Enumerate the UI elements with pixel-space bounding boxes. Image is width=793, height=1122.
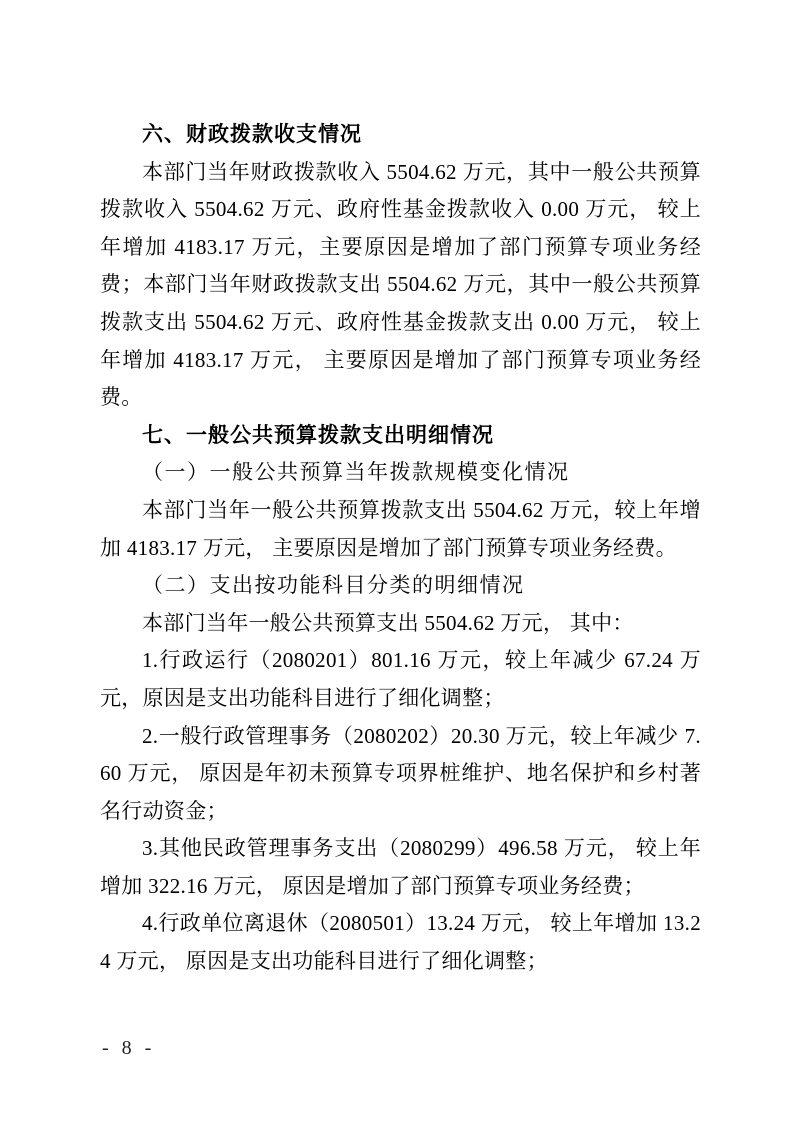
paragraph-fiscal-appropriation-income-expense: 本部门当年财政拨款收入 5504.62 万元，其中一般公共预算拨款收入 5504… [100, 154, 701, 417]
paragraph-expense-total-intro: 本部门当年一般公共预算支出 5504.62 万元， 其中： [100, 605, 701, 643]
document-body: 六、财政拨款收支情况 本部门当年财政拨款收入 5504.62 万元，其中一般公共… [100, 116, 701, 981]
subheading-expense-by-function-category: （二）支出按功能科目分类的明细情况 [100, 567, 701, 605]
list-item-retirement-expense: 4.行政单位离退休（2080501）13.24 万元， 较上年增加 13.24 … [100, 905, 701, 980]
list-item-general-administrative-affairs: 2.一般行政管理事务（2080202）20.30 万元，较上年减少 7.60 万… [100, 718, 701, 831]
page-number: - 8 - [102, 1036, 155, 1060]
list-item-administrative-operation: 1.行政运行（2080201）801.16 万元，较上年减少 67.24 万元，… [100, 642, 701, 717]
list-item-other-civil-affairs: 3.其他民政管理事务支出（2080299）496.58 万元， 较上年增加 32… [100, 830, 701, 905]
section-heading-general-public-budget-detail: 七、一般公共预算拨款支出明细情况 [100, 417, 701, 455]
section-heading-fiscal-appropriation-overview: 六、财政拨款收支情况 [100, 116, 701, 154]
subheading-appropriation-scale-change: （一）一般公共预算当年拨款规模变化情况 [100, 454, 701, 492]
paragraph-appropriation-scale-change: 本部门当年一般公共预算拨款支出 5504.62 万元，较上年增加 4183.17… [100, 492, 701, 567]
document-page: 六、财政拨款收支情况 本部门当年财政拨款收入 5504.62 万元，其中一般公共… [0, 0, 793, 1122]
